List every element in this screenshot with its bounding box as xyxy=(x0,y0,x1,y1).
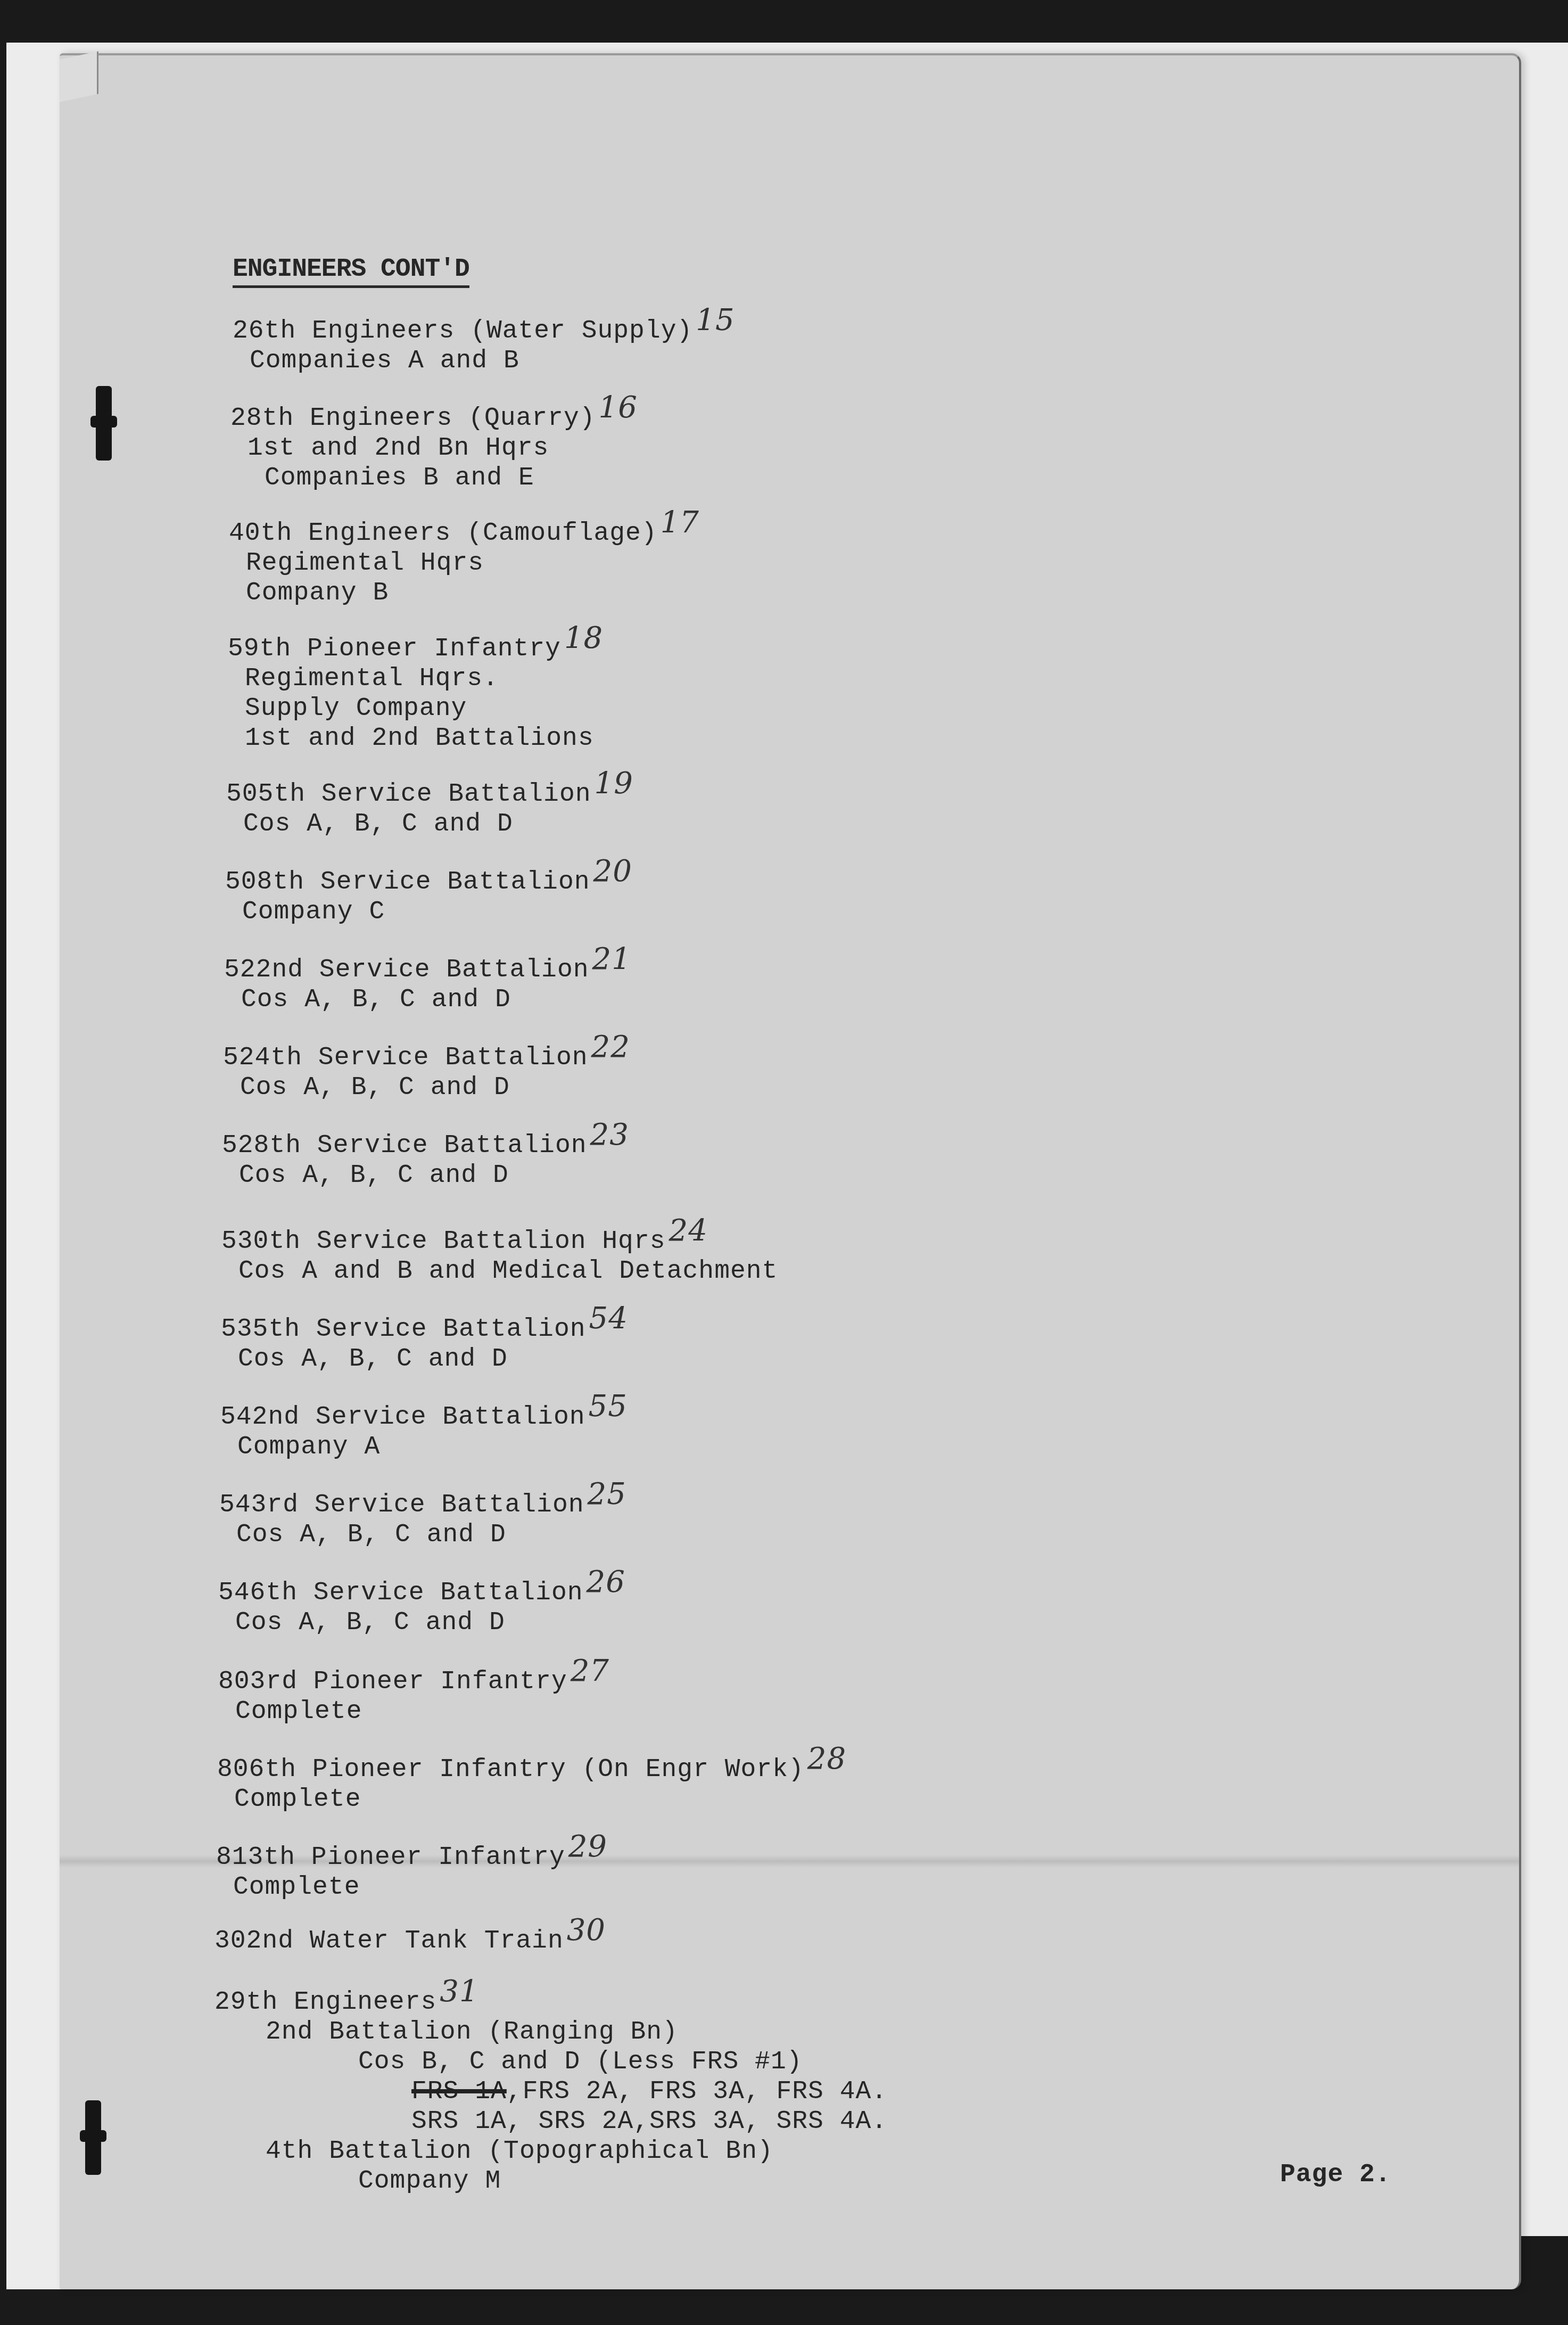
unit-sub-line: Company C xyxy=(225,897,632,927)
unit-title: 302nd Water Tank Train30 xyxy=(214,1923,606,1956)
unit-sub-line: Complete xyxy=(218,1697,609,1727)
unit-sub-line: Regimental Hqrs. xyxy=(228,664,603,694)
unit-title: 28th Engineers (Quarry)16 xyxy=(230,400,638,433)
unit-title: 522nd Service Battalion21 xyxy=(224,952,631,985)
handwritten-number: 22 xyxy=(591,1030,630,1064)
struck-text: FRS 1A xyxy=(411,2077,507,2106)
unit-sub-line: 4th Battalion (Topographical Bn) xyxy=(214,2137,887,2166)
unit-sub-line: Cos A, B, C and D xyxy=(222,1161,629,1190)
unit-title: 806th Pioneer Infantry (On Engr Work)28 xyxy=(217,1752,846,1785)
handwritten-number: 26 xyxy=(587,1565,625,1599)
unit-entry: 528th Service Battalion23Cos A, B, C and… xyxy=(222,1128,629,1190)
handwritten-number: 19 xyxy=(595,766,633,801)
unit-sub-line: Complete xyxy=(217,1785,846,1814)
unit-sub-line: Cos A and B and Medical Detachment xyxy=(221,1256,778,1286)
unit-title: 546th Service Battalion26 xyxy=(218,1575,625,1608)
handwritten-number: 31 xyxy=(440,1974,478,2009)
section-heading: ENGINEERS CONT'D xyxy=(233,254,469,288)
unit-entry: 530th Service Battalion Hqrs24Cos A and … xyxy=(221,1223,778,1286)
unit-sub-line: 2nd Battalion (Ranging Bn) xyxy=(214,2017,887,2047)
unit-entry: 543rd Service Battalion25Cos A, B, C and… xyxy=(219,1487,626,1550)
handwritten-number: 15 xyxy=(696,303,735,338)
unit-title: 535th Service Battalion54 xyxy=(221,1311,628,1344)
handwritten-number: 29 xyxy=(568,1829,607,1864)
handwritten-number: 30 xyxy=(567,1913,606,1948)
handwritten-number: 55 xyxy=(589,1389,628,1424)
unit-title: 59th Pioneer Infantry18 xyxy=(228,631,603,664)
unit-sub-line: 1st and 2nd Battalions xyxy=(228,724,603,753)
unit-sub-line: Company A xyxy=(220,1432,628,1462)
unit-sub-line: Companies A and B xyxy=(233,346,735,376)
unit-sub-line: Cos A, B, C and D xyxy=(219,1520,626,1550)
unit-entry: 813th Pioneer Infantry29Complete xyxy=(216,1839,607,1902)
unit-title: 542nd Service Battalion55 xyxy=(220,1399,628,1432)
unit-sub-line: Regimental Hqrs xyxy=(229,548,699,578)
unit-entry: 546th Service Battalion26Cos A, B, C and… xyxy=(218,1575,625,1638)
unit-sub-line: Company B xyxy=(229,578,699,608)
handwritten-number: 20 xyxy=(593,854,632,889)
unit-sub-line: Cos A, B, C and D xyxy=(221,1344,628,1374)
unit-title: 524th Service Battalion22 xyxy=(223,1040,630,1073)
unit-title: 29th Engineers31 xyxy=(214,1984,887,2017)
handwritten-number: 27 xyxy=(571,1654,609,1688)
unit-title: 813th Pioneer Infantry29 xyxy=(216,1839,607,1872)
unit-sub-line: Cos B, C and D (Less FRS #1) xyxy=(214,2047,887,2077)
handwritten-number: 54 xyxy=(589,1301,628,1336)
unit-title: 26th Engineers (Water Supply)15 xyxy=(233,313,735,346)
unit-title: 40th Engineers (Camouflage)17 xyxy=(229,515,699,548)
unit-title: 505th Service Battalion19 xyxy=(226,776,633,809)
unit-sub-line: Cos A, B, C and D xyxy=(218,1608,625,1638)
unit-entry: 542nd Service Battalion55Company A xyxy=(220,1399,628,1462)
handwritten-number: 21 xyxy=(592,942,631,976)
handwritten-number: 25 xyxy=(588,1477,626,1511)
unit-entry: 508th Service Battalion20Company C xyxy=(225,864,632,927)
unit-entry: 535th Service Battalion54Cos A, B, C and… xyxy=(221,1311,628,1374)
document-content: ENGINEERS CONT'D 26th Engineers (Water S… xyxy=(0,0,1568,2325)
unit-sub-line: FRS 1A,FRS 2A, FRS 3A, FRS 4A. xyxy=(214,2077,887,2107)
unit-sub-line: Companies B and E xyxy=(230,463,638,493)
unit-sub-line: Cos A, B, C and D xyxy=(223,1073,630,1103)
unit-sub-line: Cos A, B, C and D xyxy=(226,809,633,839)
unit-entry: 806th Pioneer Infantry (On Engr Work)28C… xyxy=(217,1752,846,1814)
unit-title: 528th Service Battalion23 xyxy=(222,1128,629,1161)
unit-entry: 59th Pioneer Infantry18Regimental Hqrs.S… xyxy=(228,631,603,753)
handwritten-number: 17 xyxy=(661,505,699,540)
unit-sub-line: SRS 1A, SRS 2A,SRS 3A, SRS 4A. xyxy=(214,2107,887,2137)
unit-entry: 524th Service Battalion22Cos A, B, C and… xyxy=(223,1040,630,1103)
unit-entry-29th-engineers: 29th Engineers31 2nd Battalion (Ranging … xyxy=(214,1984,887,2196)
unit-entry: 302nd Water Tank Train30 xyxy=(214,1923,606,1956)
unit-entry: 522nd Service Battalion21Cos A, B, C and… xyxy=(224,952,631,1015)
unit-title: 530th Service Battalion Hqrs24 xyxy=(221,1223,778,1256)
page-number: Page 2. xyxy=(1280,2160,1391,2190)
unit-title: 543rd Service Battalion25 xyxy=(219,1487,626,1520)
unit-entry: 28th Engineers (Quarry)161st and 2nd Bn … xyxy=(230,400,638,493)
unit-title: 803rd Pioneer Infantry27 xyxy=(218,1664,609,1697)
handwritten-number: 24 xyxy=(669,1213,708,1248)
unit-sub-line: Cos A, B, C and D xyxy=(224,985,631,1015)
unit-sub-line: Company M xyxy=(214,2166,887,2196)
unit-title: 508th Service Battalion20 xyxy=(225,864,632,897)
handwritten-number: 23 xyxy=(590,1118,629,1152)
unit-sub-line: 1st and 2nd Bn Hqrs xyxy=(230,433,638,463)
handwritten-number: 16 xyxy=(599,390,638,425)
unit-entry: 803rd Pioneer Infantry27Complete xyxy=(218,1664,609,1727)
unit-entry: 40th Engineers (Camouflage)17Regimental … xyxy=(229,515,699,608)
handwritten-number: 28 xyxy=(807,1741,846,1776)
handwritten-number: 18 xyxy=(564,621,603,655)
unit-entry: 26th Engineers (Water Supply)15Companies… xyxy=(233,313,735,376)
unit-sub-line: Complete xyxy=(216,1872,607,1902)
unit-sub-line: Supply Company xyxy=(228,694,603,724)
unit-entry: 505th Service Battalion19Cos A, B, C and… xyxy=(226,776,633,839)
